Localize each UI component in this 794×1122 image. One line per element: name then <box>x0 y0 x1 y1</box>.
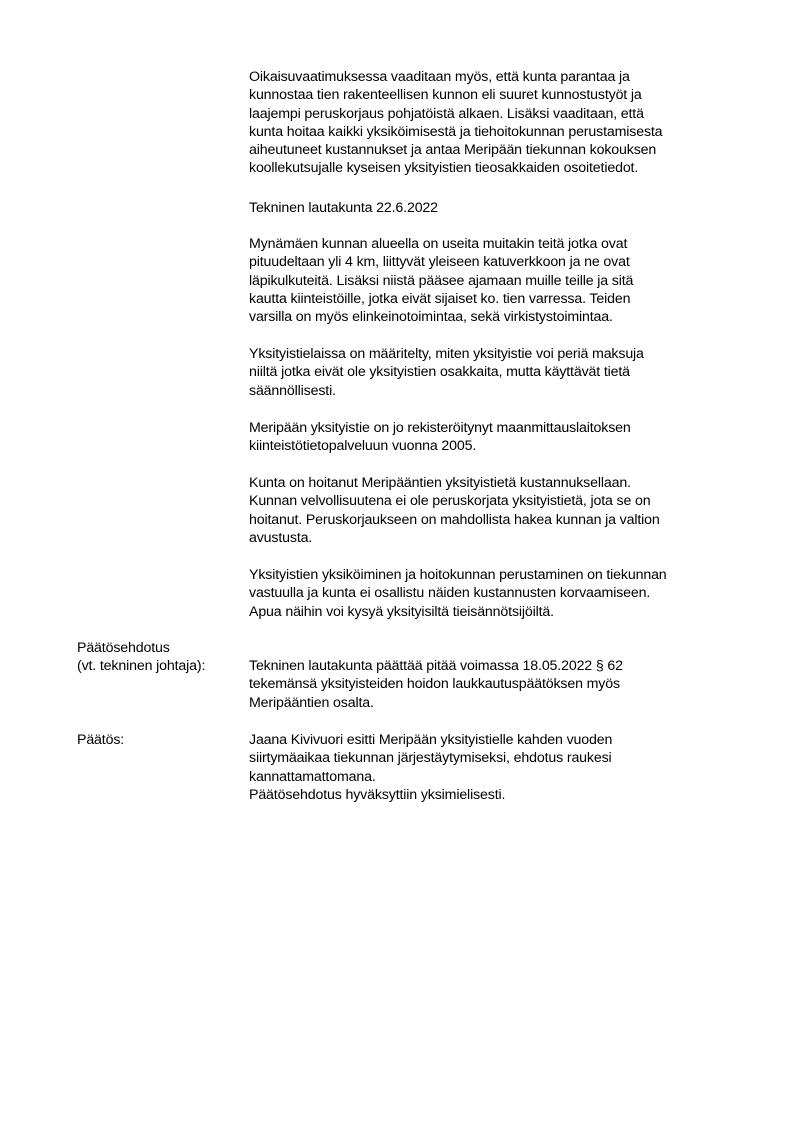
text-line: Päätösehdotus <box>77 639 247 657</box>
proposal-label: Päätösehdotus (vt. tekninen johtaja): <box>77 639 247 676</box>
paragraph-registration: Meripään yksityistie on jo rekisteröityn… <box>249 419 739 456</box>
paragraph-road-association: Yksityistien yksiköiminen ja hoitokunnan… <box>249 566 739 621</box>
decision-label: Päätös: <box>77 731 247 749</box>
text-line: hoitanut. Peruskorjaukseen on mahdollist… <box>249 511 739 529</box>
text-line: Päätös: <box>77 731 247 749</box>
text-line: varsilla on myös elinkeinotoimintaa, sek… <box>249 308 739 326</box>
text-line: Mynämäen kunnan alueella on useita muita… <box>249 235 739 253</box>
text-line: vastuulla ja kunta ei osallistu näiden k… <box>249 584 739 602</box>
decision-text: Jaana Kivivuori esitti Meripään yksityis… <box>249 731 739 804</box>
text-line: Meripään yksityistie on jo rekisteröityn… <box>249 419 739 437</box>
text-line: (vt. tekninen johtaja): <box>77 657 247 675</box>
text-line: Tekninen lautakunta 22.6.2022 <box>249 199 739 217</box>
text-line: Yksityistielaissa on määritelty, miten y… <box>249 345 739 363</box>
text-line: niiltä jotka eivät ole yksityistien osak… <box>249 363 739 381</box>
text-line: läpikulkuteitä. Lisäksi niistä pääsee aj… <box>249 272 739 290</box>
text-line: siirtymäaikaa tiekunnan järjestäytymisek… <box>249 749 739 767</box>
text-line: aiheutuneet kustannukset ja antaa Meripä… <box>249 141 739 159</box>
text-line: avustusta. <box>249 529 739 547</box>
paragraph-municipality-maintenance: Kunta on hoitanut Meripääntien yksityist… <box>249 474 739 547</box>
paragraph-appeal-demands: Oikaisuvaatimuksessa vaaditaan myös, ett… <box>249 68 739 178</box>
text-line: kiinteistötietopalveluun vuonna 2005. <box>249 437 739 455</box>
paragraph-other-roads: Mynämäen kunnan alueella on useita muita… <box>249 235 739 326</box>
text-line: Päätösehdotus hyväksyttiin yksimielisest… <box>249 786 739 804</box>
paragraph-private-road-act: Yksityistielaissa on määritelty, miten y… <box>249 345 739 400</box>
text-line: tekemänsä yksityisteiden hoidon laukkaut… <box>249 675 739 693</box>
text-line: Apua näihin voi kysyä yksityisiltä tieis… <box>249 603 739 621</box>
text-line: kunta hoitaa kaikki yksiköimisestä ja ti… <box>249 123 739 141</box>
text-line: säännöllisesti. <box>249 382 739 400</box>
text-line: kannattamattomana. <box>249 768 739 786</box>
text-line: Kunnan velvollisuutena ei ole peruskorja… <box>249 492 739 510</box>
text-line: Kunta on hoitanut Meripääntien yksityist… <box>249 474 739 492</box>
document-page: Oikaisuvaatimuksessa vaaditaan myös, ett… <box>0 0 794 1122</box>
text-line: Meripääntien osalta. <box>249 694 739 712</box>
text-line: Jaana Kivivuori esitti Meripään yksityis… <box>249 731 739 749</box>
text-line: kunnostaa tien rakenteellisen kunnon eli… <box>249 86 739 104</box>
text-line: Oikaisuvaatimuksessa vaaditaan myös, ett… <box>249 68 739 86</box>
text-line: laajempi peruskorjaus pohjatöistä alkaen… <box>249 105 739 123</box>
section-heading-committee-date: Tekninen lautakunta 22.6.2022 <box>249 199 739 217</box>
text-line: koollekutsujalle kyseisen yksityistien t… <box>249 159 739 177</box>
text-line: Tekninen lautakunta päättää pitää voimas… <box>249 657 739 675</box>
text-line: pituudeltaan yli 4 km, liittyvät yleisee… <box>249 253 739 271</box>
text-line: kautta kiinteistöille, jotka eivät sijai… <box>249 290 739 308</box>
proposal-text: Tekninen lautakunta päättää pitää voimas… <box>249 657 739 712</box>
text-line: Yksityistien yksiköiminen ja hoitokunnan… <box>249 566 739 584</box>
